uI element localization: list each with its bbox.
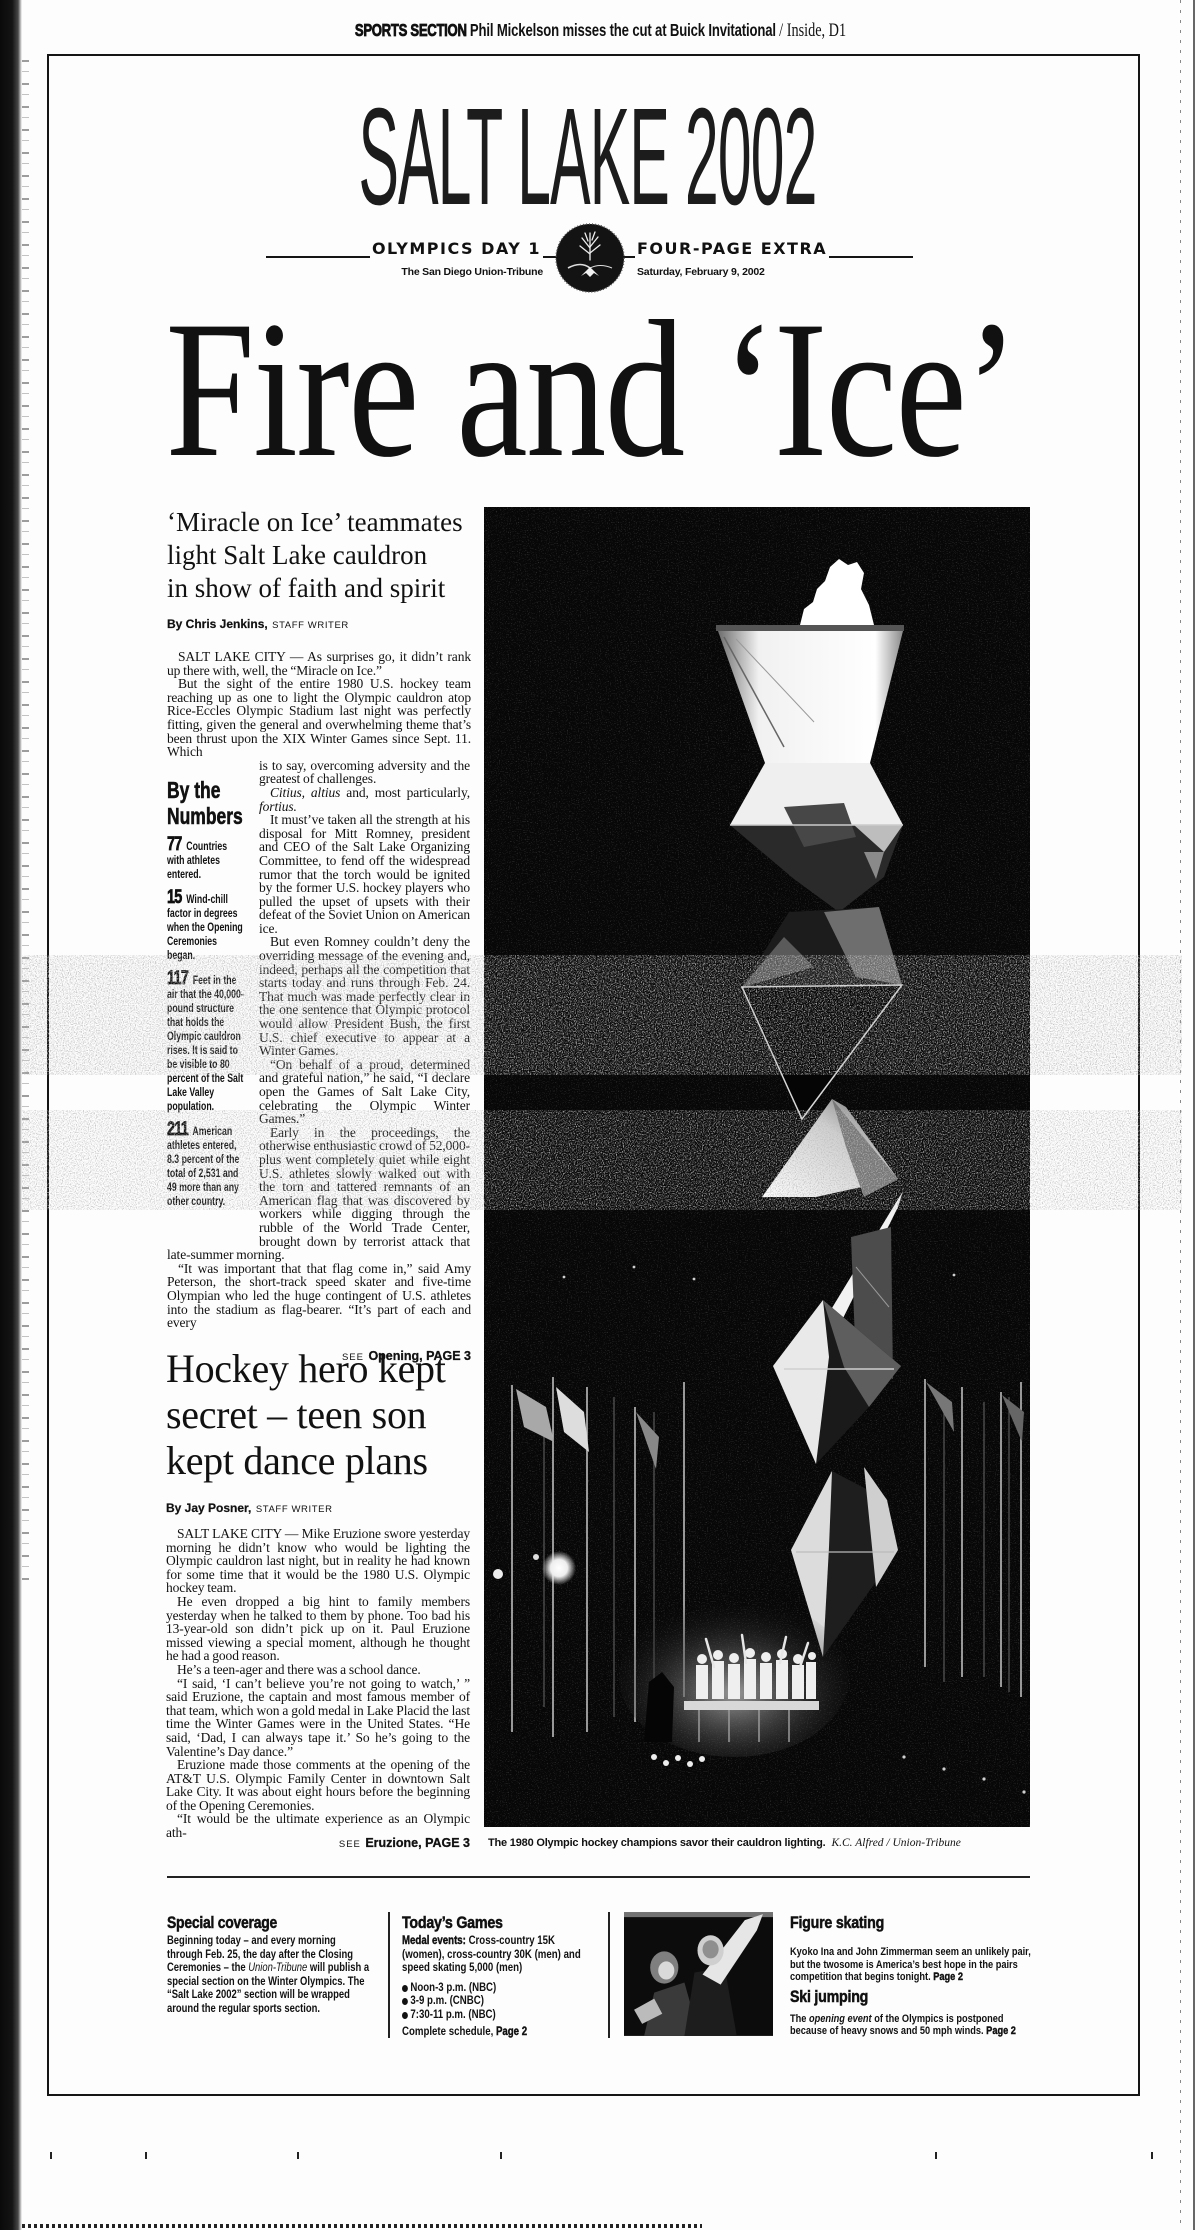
headline-line: secret – teen son — [166, 1392, 470, 1438]
stat-item: 77 Countries with athletes entered. — [167, 838, 245, 882]
tv-schedule-list: Noon-3 p.m. (NBC) 3-9 p.m. (CNBC) 7:30-1… — [402, 1982, 597, 2023]
sidebar-title-line: By the — [167, 777, 245, 803]
teaser-page-reference: / Inside, D1 — [779, 20, 846, 41]
headline-line: light Salt Lake cauldron — [167, 539, 471, 572]
paragraph: Eruzione made those comments at the open… — [166, 1758, 470, 1812]
byline: By Jay Posner, STAFF WRITER — [166, 1501, 470, 1515]
page-reference: Page 2 — [986, 2025, 1016, 2037]
promo-text: The opening event of the Olympics is pos… — [790, 2013, 1033, 2038]
paragraph: He’s a teen-ager and there was a school … — [166, 1663, 470, 1677]
jump-see-label: SEE — [339, 1839, 361, 1850]
story-body-narrow-column: is to say, overcoming adversity and the … — [259, 759, 470, 1248]
cauldron-photo — [484, 507, 1030, 1827]
main-headline: Fire and ‘Ice’ — [165, 292, 1017, 488]
sidebar-title: By the Numbers — [167, 777, 245, 829]
medal-events-text: Medal events: Cross-country 15K (women),… — [402, 1935, 597, 1976]
promo-column-divider — [608, 1912, 610, 2038]
promo-special-coverage: Special coverage Beginning today – and e… — [167, 1913, 372, 2016]
paragraph: Citius, altius and, most particularly, f… — [259, 786, 470, 813]
story-headline: Hockey hero kept secret – teen son kept … — [166, 1346, 470, 1484]
tv-schedule-item: 3-9 p.m. (CNBC) — [402, 1995, 597, 2009]
byline: By Chris Jenkins, STAFF WRITER — [167, 617, 471, 631]
byline-author: By Chris Jenkins, — [167, 617, 268, 631]
paragraph: Early in the proceedings, the otherwise … — [259, 1126, 470, 1248]
publication-date: Saturday, February 9, 2002 — [637, 266, 765, 279]
story-body-top: SALT LAKE CITY — As surprises go, it did… — [167, 650, 471, 759]
promo-content: Figure skating Kyoko Ina and John Zimmer… — [790, 1913, 1033, 2038]
stat-item: 15 Wind-chill factor in degrees when the… — [167, 891, 245, 963]
story-body-bottom: late-summer morning. “It was important t… — [167, 1248, 471, 1330]
promo-text-part: The — [790, 2013, 809, 2025]
registration-tick — [500, 2152, 502, 2159]
paragraph: late-summer morning. — [167, 1248, 471, 1262]
teaser-line: SPORTS SECTION Phil Mickelson misses the… — [354, 19, 845, 42]
paragraph: It must’ve taken all the strength at his… — [259, 813, 470, 935]
schedule-page: Page 2 — [496, 2026, 527, 2038]
jump-target: Eruzione, PAGE 3 — [365, 1836, 470, 1850]
promo-content: Special coverage Beginning today – and e… — [167, 1913, 372, 2016]
stat-number: 77 — [167, 834, 182, 855]
headline-line: in show of faith and spirit — [167, 572, 471, 605]
promo-column-divider — [388, 1912, 390, 2038]
headline-line: Hockey hero kept — [166, 1346, 470, 1392]
promo-content: Today’s Games Medal events: Cross-countr… — [402, 1913, 597, 2040]
page-reference: Page 2 — [933, 1971, 963, 1983]
cauldron-photo-image — [484, 507, 1030, 1827]
teaser-section-label: SPORTS SECTION — [354, 20, 466, 40]
paragraph: He even dropped a big hint to family mem… — [166, 1595, 470, 1663]
paragraph: “It was important that that flag come in… — [167, 1262, 471, 1330]
publication-name: The San Diego Union-Tribune — [401, 266, 543, 279]
stat-item: 117 Feet in the air that the 40,000-poun… — [167, 972, 245, 1114]
four-page-extra-label: FOUR-PAGE EXTRA — [635, 240, 829, 258]
headline-line: ‘Miracle on Ice’ teammates — [167, 506, 471, 539]
by-the-numbers-content: By the Numbers 77 Countries with athlete… — [167, 777, 245, 1209]
newspaper-name-italic: Union-Tribune — [248, 1962, 307, 1974]
tv-schedule-item: 7:30-11 p.m. (NBC) — [402, 2009, 597, 2023]
story-eruzione: Hockey hero kept secret – teen son kept … — [166, 1346, 470, 1840]
schedule-text: Complete schedule, — [402, 2026, 496, 2038]
photo-credit: K.C. Alfred / Union-Tribune — [831, 1837, 960, 1849]
masthead-title-block: SALT LAKE 2002 — [0, 97, 1187, 217]
stat-item: 211 American athletes entered, 8.3 perce… — [167, 1123, 245, 1209]
paragraph: SALT LAKE CITY — Mike Eruzione swore yes… — [166, 1527, 470, 1595]
story-cauldron-lighting: ‘Miracle on Ice’ teammates light Salt La… — [167, 506, 471, 1364]
sidebar-title-line: Numbers — [167, 803, 245, 829]
by-the-numbers-sidebar: By the Numbers 77 Countries with athlete… — [167, 777, 245, 1217]
paragraph: is to say, overcoming adversity and the … — [259, 759, 470, 786]
paragraph: “I said, ‘I can’t believe you’re not goi… — [166, 1677, 470, 1759]
promo-heading: Today’s Games — [402, 1913, 597, 1933]
story-headline: ‘Miracle on Ice’ teammates light Salt La… — [167, 506, 471, 605]
promo-text-part: Kyoko Ina and John Zimmerman seem an unl… — [790, 1946, 1031, 1983]
photo-caption: The 1980 Olympic hockey champions savor … — [488, 1835, 961, 1851]
byline-role: STAFF WRITER — [272, 620, 349, 631]
promo-text: Beginning today – and every morning thro… — [167, 1935, 372, 2016]
complete-schedule-ref: Complete schedule, Page 2 — [402, 2026, 597, 2040]
promo-todays-games: Today’s Games Medal events: Cross-countr… — [402, 1913, 597, 2040]
registration-tick — [935, 2152, 937, 2159]
story-body-wrap-row: By the Numbers 77 Countries with athlete… — [167, 759, 471, 1248]
registration-tick — [297, 2152, 299, 2159]
headline-line: kept dance plans — [166, 1438, 470, 1484]
paragraph-text: and, most particularly, — [340, 785, 470, 800]
stat-number: 15 — [167, 887, 182, 908]
paragraph: But even Romney couldn’t deny the overri… — [259, 935, 470, 1057]
masthead-title: SALT LAKE 2002 — [358, 97, 816, 217]
promo-figure-skating: Figure skating Kyoko Ina and John Zimmer… — [790, 1913, 1033, 2038]
registration-tick — [145, 2152, 147, 2159]
registration-tick — [50, 2152, 52, 2159]
promo-heading: Special coverage — [167, 1913, 372, 1933]
stat-number: 117 — [167, 968, 188, 989]
caption-text: The 1980 Olympic hockey champions savor … — [488, 1837, 825, 1849]
byline-author: By Jay Posner, — [166, 1501, 251, 1515]
promo-text-italic: opening event — [809, 2013, 872, 2025]
tv-schedule-item: Noon-3 p.m. (NBC) — [402, 1982, 597, 1996]
paragraph: But the sight of the entire 1980 U.S. ho… — [167, 677, 471, 759]
teaser-headline: Phil Mickelson misses the cut at Buick I… — [469, 20, 775, 40]
scan-edge-right — [1193, 0, 1195, 2230]
registration-tick — [1151, 2152, 1153, 2159]
stat-text: American athletes entered, 8.3 percent o… — [167, 1126, 239, 1208]
promo-heading: Ski jumping — [790, 1987, 1033, 2007]
scan-margin-marks — [22, 60, 29, 1580]
main-headline-block: Fire and ‘Ice’ — [0, 292, 1191, 488]
stat-number: 211 — [167, 1119, 188, 1140]
medal-events-label: Medal events: — [402, 1935, 466, 1947]
stat-text: Feet in the air that the 40,000-pound st… — [167, 975, 244, 1113]
story-jump-line: SEE Eruzione, PAGE 3 — [167, 1835, 470, 1853]
olympics-day-label: OLYMPICS DAY 1 — [370, 240, 543, 258]
paragraph: “On behalf of a proud, determined and gr… — [259, 1058, 470, 1126]
section-divider-rule — [167, 1876, 1030, 1878]
byline-role: STAFF WRITER — [256, 1504, 333, 1515]
figure-skaters-photo — [624, 1912, 773, 2036]
promo-text: Kyoko Ina and John Zimmerman seem an unl… — [790, 1946, 1033, 1984]
sports-section-teaser: SPORTS SECTION Phil Mickelson misses the… — [0, 19, 1200, 42]
paragraph: SALT LAKE CITY — As surprises go, it did… — [167, 650, 471, 677]
scan-edge-bottom — [22, 2224, 702, 2228]
story-body: SALT LAKE CITY — Mike Eruzione swore yes… — [166, 1527, 470, 1840]
newspaper-front-page: SPORTS SECTION Phil Mickelson misses the… — [0, 0, 1200, 2230]
promo-heading: Figure skating — [790, 1913, 1033, 1933]
